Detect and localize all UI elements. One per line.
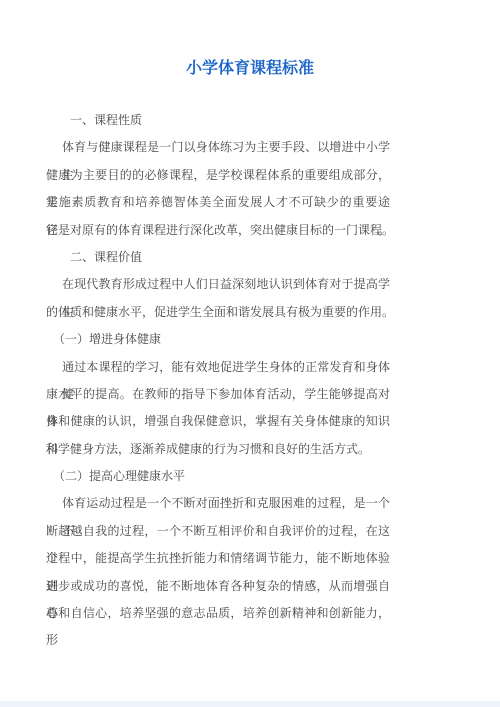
text-line: 康水平的提高。在教师的指导下参加体育活动，学生能够提高对身 xyxy=(46,381,390,408)
text-line: 断超越自我的过程，一个不断互相评价和自我评价的过程，在这个 xyxy=(46,518,390,545)
document-body: 一、课程性质 体育与健康课程是一门以身体练习为主要手段、以增进中小学生 健康为主… xyxy=(46,107,390,627)
section-heading: 二、课程价值 xyxy=(46,244,390,271)
document-title: 小学体育课程标准 xyxy=(0,59,500,79)
text-line: 科学健身方法，逐渐养成健康的行为习惯和良好的生活方式。 xyxy=(46,436,390,463)
text-line: 体育与健康课程是一门以身体练习为主要手段、以增进中小学生 xyxy=(46,134,390,161)
subsection-heading: （二）提高心理健康水平 xyxy=(46,463,390,490)
text-line: 通过本课程的学习，能有效地促进学生身体的正常发育和身体健 xyxy=(46,354,390,381)
text-line: 它是对原有的体育课程进行深化改革，突出健康目标的一门课程。 xyxy=(46,217,390,244)
text-line: 健康为主要目的的必修课程，是学校课程体系的重要组成部分，是 xyxy=(46,162,390,189)
text-line: 心和自信心，培养坚强的意志品质，培养创新精神和创新能力，形 xyxy=(46,600,390,627)
text-line: 进步或成功的喜悦，能不断地体育各种复杂的情感，从而增强自尊 xyxy=(46,573,390,600)
text-line: 体育运动过程是一个不断对面挫折和克服困难的过程，是一个不 xyxy=(46,490,390,517)
section-heading: 一、课程性质 xyxy=(46,107,390,134)
subsection-heading: （一）增进身体健康 xyxy=(46,326,390,353)
text-line: 实施素质教育和培养德智体美全面发展人才不可缺少的重要途径。 xyxy=(46,189,390,216)
document-page: 小学体育课程标准 一、课程性质 体育与健康课程是一门以身体练习为主要手段、以增进… xyxy=(0,0,500,707)
text-line: 在现代教育形成过程中人们日益深刻地认识到体育对于提高学生 xyxy=(46,271,390,298)
text-line: 过程中，能提高学生抗挫折能力和情绪调节能力，能不断地体验到 xyxy=(46,545,390,572)
text-line: 体和健康的认识，增强自我保健意识，掌握有关身体健康的知识和 xyxy=(46,408,390,435)
text-line: 的体质和健康水平，促进学生全面和谐发展具有极为重要的作用。 xyxy=(46,299,390,326)
page-bottom-strip xyxy=(0,701,500,707)
